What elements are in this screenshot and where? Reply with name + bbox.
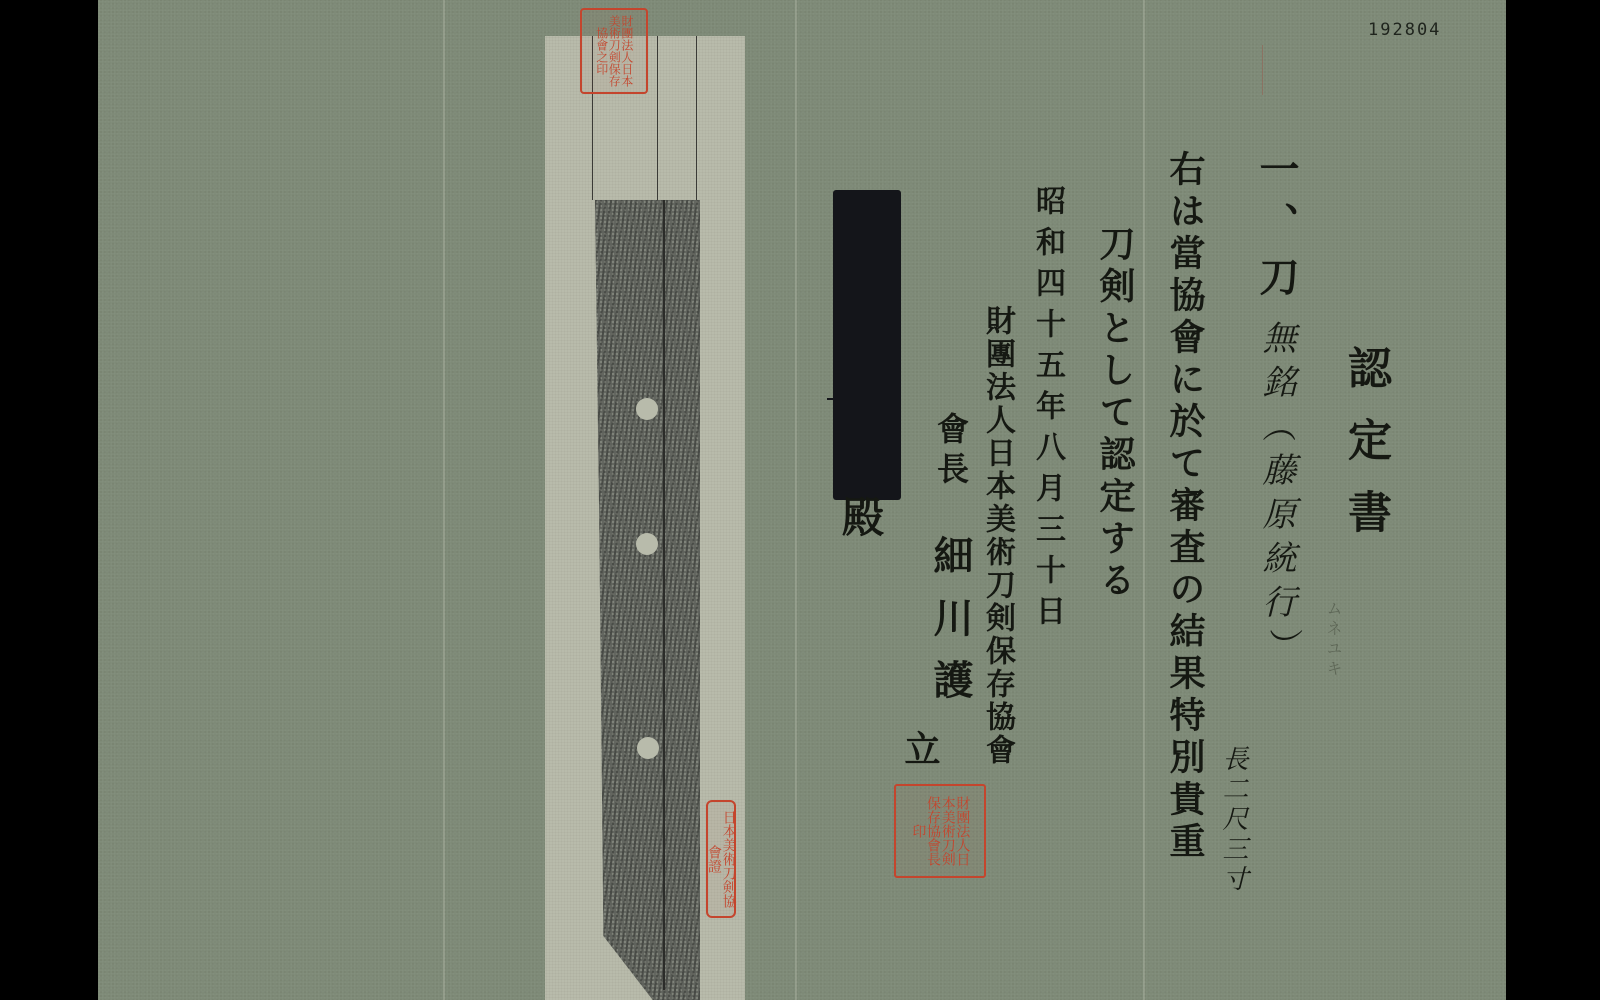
issuing-organization: 財團法人日本美術刀剣保存協會 (975, 305, 1019, 767)
association-seal-top: 財團法人日本美術刀剣保存協會之印 (580, 8, 648, 94)
tang-ridge-line (663, 200, 665, 990)
attribution: 無銘（藤原統行） (1252, 320, 1301, 672)
mekugi-hole (636, 533, 658, 555)
president-name-suffix: 立 (895, 730, 946, 766)
mekugi-hole (637, 737, 659, 759)
oshigata-guide-line (657, 36, 658, 200)
tang-rubbing (595, 200, 700, 1000)
president-name: 細川護 (922, 535, 979, 721)
attribution-reading: ムネユキ (1322, 600, 1345, 680)
fold-line (795, 0, 797, 1000)
redaction-edge (827, 398, 835, 400)
fold-line (1143, 0, 1145, 1000)
serial-number: 192804 (1368, 20, 1441, 40)
certification-text-line-2: 刀剣として認定する (1090, 225, 1141, 603)
mekugi-hole (636, 398, 658, 420)
item-type: 一、刀 (1248, 148, 1305, 310)
president-label: 會長 (928, 412, 974, 492)
president-seal: 財團法人日本美術刀剣保存協會長印 (894, 784, 986, 878)
redacted-recipient-name (833, 190, 901, 500)
oshigata-guide-line (696, 36, 697, 200)
recipient-honorific: 殿 (830, 495, 890, 537)
issue-date: 昭和四十五年八月三十日 (1025, 185, 1069, 636)
oshigata-certification-seal: 日本美術刀剣協會證 (706, 800, 736, 918)
certification-text-line-1: 右は當協會に於て審査の結果特別貴重 (1160, 150, 1211, 864)
certificate-title: 認定書 (1333, 345, 1397, 561)
blade-length: 長二尺三寸 (1215, 745, 1252, 895)
faint-red-mark (1262, 45, 1273, 95)
fold-line (443, 0, 445, 1000)
